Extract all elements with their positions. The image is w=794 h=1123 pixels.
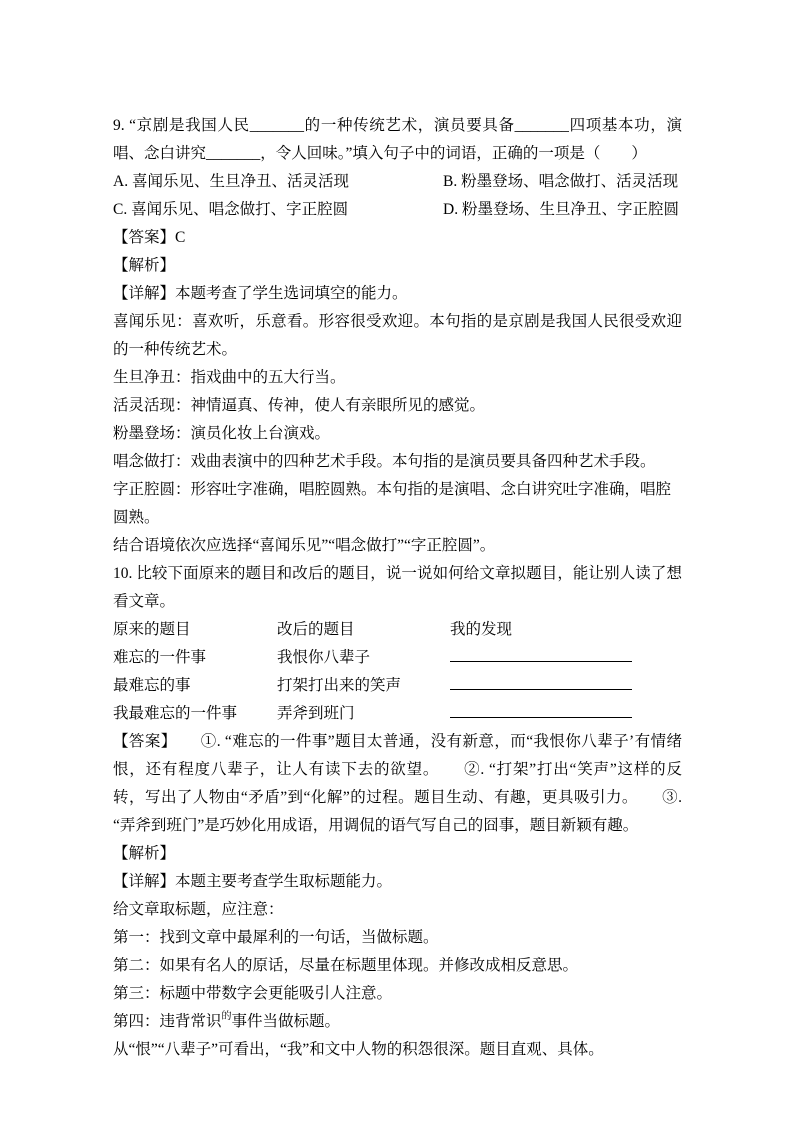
q10-closing: 从“恨”“八辈子”可看出，“我”和文中人物的积怨很深。题目直观、具体。 <box>113 1036 682 1064</box>
q10-row2-discovery <box>450 672 682 700</box>
q9-options-row-cd: C. 喜闻乐见、唱念做打、字正腔圆 D. 粉墨登场、生旦净丑、字正腔圆 <box>113 196 682 224</box>
answer-blank-line <box>450 646 632 662</box>
q10-row1-original: 难忘的一件事 <box>113 644 277 672</box>
q10-title-table: 原来的题目 改后的题目 我的发现 难忘的一件事 我恨你八辈子 最难忘的事 打架打… <box>113 616 682 728</box>
q10-table-header-row: 原来的题目 改后的题目 我的发现 <box>113 616 682 644</box>
q10-row3-discovery <box>450 700 682 728</box>
q9-option-d: D. 粉墨登场、生旦净丑、字正腔圆 <box>443 196 682 224</box>
q10-note-intro: 给文章取标题，应注意： <box>113 896 682 924</box>
q9-explanation-zizhengqiangyuan: 字正腔圆：形容吐字准确，唱腔圆熟。本句指的是演唱、念白讲究吐字准确，唱腔圆熟。 <box>113 476 682 532</box>
q10-table-row-3: 我最难忘的一件事 弄斧到班门 <box>113 700 682 728</box>
q10-stem: 10. 比较下面原来的题目和改后的题目，说一说如何给文章拟题目，能让别人读了想看… <box>113 560 682 616</box>
q9-option-b: B. 粉墨登场、唱念做打、活灵活现 <box>443 168 682 196</box>
q9-analysis-label: 【解析】 <box>113 252 682 280</box>
q10-row1-discovery <box>450 644 682 672</box>
q10-note-fourth-prefix: 第四：违背常识 <box>113 1013 222 1030</box>
q10-note-second: 第二：如果有名人的原话，尽量在标题里体现。并修改成相反意思。 <box>113 952 682 980</box>
q10-row1-changed: 我恨你八辈子 <box>277 644 450 672</box>
answer-blank-line <box>450 702 632 718</box>
q9-option-a: A. 喜闻乐见、生旦净丑、活灵活现 <box>113 168 443 196</box>
q10-table-row-2: 最难忘的事 打架打出来的笑声 <box>113 672 682 700</box>
q10-table-header-changed: 改后的题目 <box>277 616 450 644</box>
q10-answer: 【答案】 ①. “难忘的一件事”题目太普通，没有新意，而“我恨你八辈子’有情绪恨… <box>113 728 682 840</box>
q9-options-row-ab: A. 喜闻乐见、生旦净丑、活灵活现 B. 粉墨登场、唱念做打、活灵活现 <box>113 168 682 196</box>
q9-answer: 【答案】C <box>113 224 682 252</box>
q10-detail: 【详解】本题主要考查学生取标题能力。 <box>113 868 682 896</box>
q9-explanation-fenmodengchang: 粉墨登场：演员化妆上台演戏。 <box>113 420 682 448</box>
q9-explanation-conclusion: 结合语境依次应选择“喜闻乐见”“唱念做打”“字正腔圆”。 <box>113 532 682 560</box>
q10-note-fourth-suffix: 事件当做标题。 <box>232 1013 341 1030</box>
q10-note-fourth: 第四：违背常识的事件当做标题。 <box>113 1008 682 1036</box>
q10-row2-changed: 打架打出来的笑声 <box>277 672 450 700</box>
q10-note-fourth-superscript: 的 <box>222 1011 232 1022</box>
q9-explanation-xiwenlejian: 喜闻乐见：喜欢听，乐意看。形容很受欢迎。本句指的是京剧是我国人民很受欢迎的一种传… <box>113 308 682 364</box>
q10-note-first: 第一：找到文章中最犀利的一句话，当做标题。 <box>113 924 682 952</box>
q9-explanation-changnianzuoda: 唱念做打：戏曲表演中的四种艺术手段。本句指的是演员要具备四种艺术手段。 <box>113 448 682 476</box>
q10-row2-original: 最难忘的事 <box>113 672 277 700</box>
q9-stem: 9. “京剧是我国人民_______的一种传统艺术，演员要具备_______四项… <box>113 112 682 168</box>
q10-note-third: 第三：标题中带数字会更能吸引人注意。 <box>113 980 682 1008</box>
q10-row3-original: 我最难忘的一件事 <box>113 700 277 728</box>
q10-table-row-1: 难忘的一件事 我恨你八辈子 <box>113 644 682 672</box>
q9-explanation-shengdanjingchou: 生旦净丑：指戏曲中的五大行当。 <box>113 364 682 392</box>
q9-detail: 【详解】本题考查了学生选词填空的能力。 <box>113 280 682 308</box>
q10-table-header-discovery: 我的发现 <box>450 616 682 644</box>
q9-option-c: C. 喜闻乐见、唱念做打、字正腔圆 <box>113 196 443 224</box>
q10-analysis-label: 【解析】 <box>113 840 682 868</box>
q9-explanation-huolinghuoxian: 活灵活现：神情逼真、传神，使人有亲眼所见的感觉。 <box>113 392 682 420</box>
answer-blank-line <box>450 674 632 690</box>
exam-answer-page: 9. “京剧是我国人民_______的一种传统艺术，演员要具备_______四项… <box>0 0 794 1123</box>
q10-table-header-original: 原来的题目 <box>113 616 277 644</box>
q10-row3-changed: 弄斧到班门 <box>277 700 450 728</box>
